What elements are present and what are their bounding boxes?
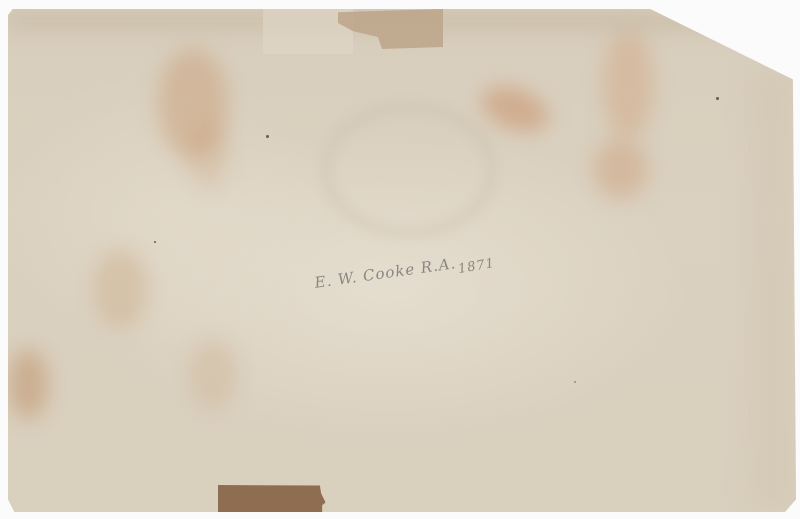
foxing-stain-left-edge: [8, 349, 48, 419]
foxing-stain-upper-left-2: [188, 119, 228, 189]
foxing-stain-right-mid: [593, 139, 648, 199]
speck: [574, 381, 576, 383]
speck: [716, 97, 719, 100]
foxing-stain-left-mid: [93, 249, 148, 329]
pencil-inscription-name: E. W. Cooke R.A.: [313, 254, 457, 292]
paper-sheet: E. W. Cooke R.A. 1871: [8, 9, 796, 512]
foxing-stain-center-right: [475, 78, 554, 140]
speck: [266, 135, 269, 138]
photo-stage: E. W. Cooke R.A. 1871: [0, 0, 800, 519]
tape-piece-top: [338, 9, 443, 49]
foxing-stain-left-lower: [188, 339, 238, 409]
tape-piece-bottom: [218, 485, 330, 512]
pencil-inscription-date: 1871: [457, 256, 496, 277]
shadow-band-right: [748, 69, 796, 509]
foxing-stain-upper-right: [603, 29, 653, 139]
water-ring-center: [323, 104, 495, 236]
speck: [154, 241, 156, 243]
